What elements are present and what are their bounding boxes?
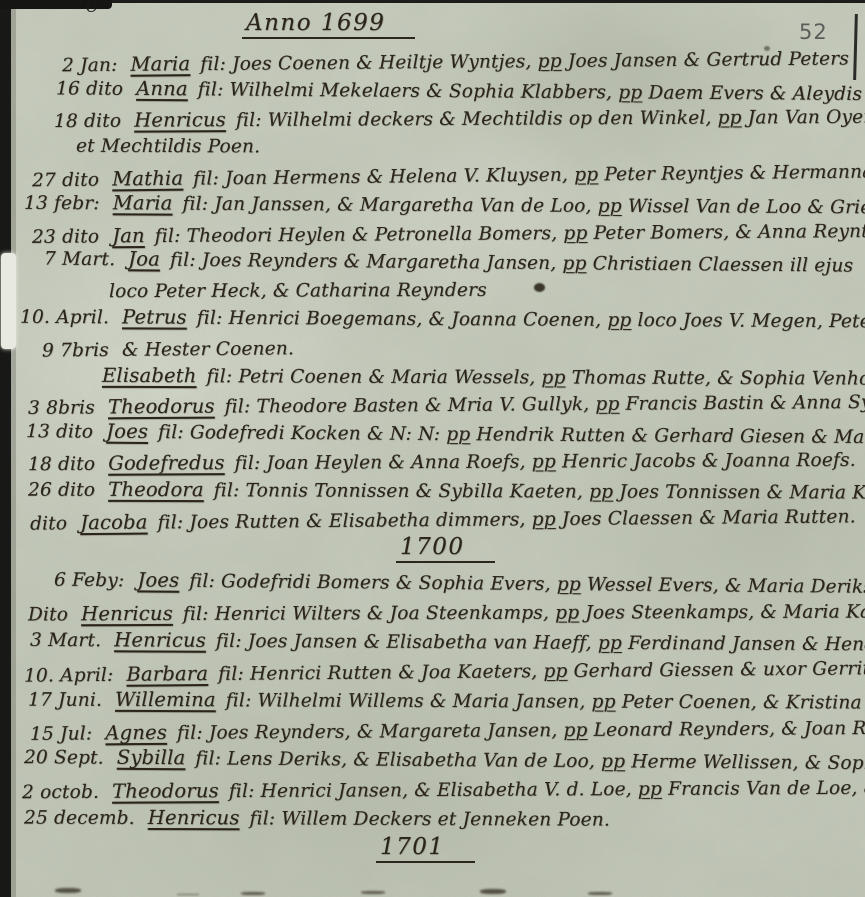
entry-date: 20 Sept. xyxy=(24,747,104,769)
godparents-mark: pp xyxy=(563,223,587,244)
entry-text: fil: Henrici Rutten & Joa Kaeters, pp Ge… xyxy=(218,657,865,684)
entry-name: Joes xyxy=(106,419,148,442)
godparents-mark: pp xyxy=(574,165,598,186)
godparents-mark: pp xyxy=(563,720,587,741)
entry-text: et Mechtildis Poen. xyxy=(76,136,260,158)
cut-off-line-fragments xyxy=(55,888,81,893)
entry-line: 26 ditoTheodorafil: Tonnis Tonnissen & S… xyxy=(14,475,865,507)
entry-text: fil: Petri Coenen & Maria Wessels, pp Th… xyxy=(207,366,865,389)
entry-line: loco Peter Heck, & Catharina Reynders xyxy=(14,275,865,307)
entry-text: fil: Lens Deriks, & Elisabetha Van de Lo… xyxy=(195,748,865,774)
section-heading-row: 1701 xyxy=(14,834,865,868)
godparents-mark: pp xyxy=(562,253,586,274)
entry-name: Theodora xyxy=(108,478,204,501)
entry-text: fil: Godefredi Kocken & N: N: pp Hendrik… xyxy=(158,422,865,449)
entry-name: Maria xyxy=(113,191,173,214)
entry-name: Elisabeth xyxy=(102,363,197,386)
section-heading: 1701 xyxy=(376,834,475,863)
godparents-mark: pp xyxy=(446,424,470,445)
entry-line: 18 ditoGodefredusfil: Joan Heylen & Anna… xyxy=(14,446,865,479)
scan-edge-left xyxy=(0,0,11,897)
entry-date: 26 dito xyxy=(28,479,95,500)
entry-name: Jacoba xyxy=(80,510,148,534)
entry-text: fil: Jan Janssen, & Margaretha Van de Lo… xyxy=(182,194,865,219)
entry-line: 6 Feby:Joesfil: Godefridi Bomers & Sophi… xyxy=(14,564,865,601)
entry-name: Henricus xyxy=(148,806,240,829)
entry-date: 17 Juni. xyxy=(28,690,102,711)
entry-name: Maria xyxy=(130,52,190,76)
manuscript-scan: C 52 Anno 16992 Jan:Mariafil: Joes Coene… xyxy=(0,0,865,897)
entry-date: 2 Jan: xyxy=(62,55,118,76)
entry-text: fil: Wilhelmi Mekelaers & Sophia Klabber… xyxy=(198,79,865,105)
godparents-mark: pp xyxy=(598,633,622,654)
entry-name: Joa xyxy=(128,247,160,270)
entry-name: Petrus xyxy=(122,306,187,329)
entry-name: Henricus xyxy=(114,628,206,651)
godparents-mark: pp xyxy=(607,310,631,331)
entry-name: Jan xyxy=(112,224,145,247)
entry-line: 20 Sept.Sybillafil: Lens Deriks, & Elisa… xyxy=(14,742,865,777)
entry-name: Sybilla xyxy=(117,746,186,769)
entry-text: fil: Joes Rutten & Elisabetha dimmers, p… xyxy=(157,506,855,533)
godparents-mark: pp xyxy=(538,51,562,72)
entry-text: fil: Wilhelmi deckers & Mechtildis op de… xyxy=(236,107,865,131)
entry-text: fil: Henrici Boegemans, & Joanna Coenen,… xyxy=(197,308,865,333)
entry-text: fil: Joes Jansen & Elisabetha van Haeff,… xyxy=(216,631,865,656)
entry-text: fil: Joan Hermens & Helena V. Kluysen, p… xyxy=(193,161,865,190)
godparents-mark: pp xyxy=(638,778,662,799)
godparents-mark: pp xyxy=(592,692,616,713)
section-heading: 1700 xyxy=(396,534,495,563)
entry-date: 10. April: xyxy=(24,664,114,686)
godparents-mark: pp xyxy=(601,751,625,772)
entry-date: dito xyxy=(30,513,67,534)
entry-line: 13 febr:Mariafil: Jan Janssen, & Margare… xyxy=(14,189,865,222)
entry-name: Theodorus xyxy=(108,395,215,419)
section-heading-row: Anno 1699 xyxy=(14,10,865,48)
entry-text: fil: Joes Coenen & Heiltje Wyntjes, pp J… xyxy=(200,48,849,75)
entry-name: Anna xyxy=(136,76,188,99)
godparents-mark: pp xyxy=(589,481,613,502)
section-heading: Anno 1699 xyxy=(242,10,415,39)
entry-date: 13 febr: xyxy=(24,193,100,214)
scan-edge-top xyxy=(0,0,865,3)
entry-date: 25 decemb. xyxy=(24,808,135,829)
entry-date: 9 7bris xyxy=(42,340,109,362)
godparents-mark: pp xyxy=(598,196,622,217)
entry-name: Barbara xyxy=(126,662,208,686)
entry-date: 13 dito xyxy=(26,421,93,442)
entry-date: 7 Mart. xyxy=(44,249,115,271)
entry-text: fil: Theodore Basten & Mria V. Gullyk, p… xyxy=(225,392,865,418)
entry-text: fil: Henrici Jansen, & Elisabetha V. d. … xyxy=(229,776,865,801)
godparents-mark: pp xyxy=(543,660,567,681)
entry-text: & Hester Coenen. xyxy=(122,338,294,361)
entry-name: Agnes xyxy=(105,720,167,743)
entry-line: ditoJacobafil: Joes Rutten & Elisabetha … xyxy=(14,502,865,538)
entry-date: 3 8bris xyxy=(28,398,95,419)
entry-name: Mathia xyxy=(112,167,183,191)
entry-name: Godefredus xyxy=(108,451,225,475)
entry-text: fil: Joan Heylen & Anna Roefs, pp Henric… xyxy=(235,450,856,474)
godparents-mark: pp xyxy=(532,452,556,473)
godparents-mark: pp xyxy=(618,82,642,103)
entry-date: 3 Mart. xyxy=(30,630,101,651)
section-entries: 2 Jan:Mariafil: Joes Coenen & Heiltje Wy… xyxy=(14,48,865,534)
entry-line: Elisabethfil: Petri Coenen & Maria Wesse… xyxy=(14,361,865,393)
entry-line: 18 ditoHenricusfil: Wilhelmi deckers & M… xyxy=(14,103,865,136)
entry-date: 2 octob. xyxy=(22,781,99,802)
entry-line: 2 octob.Theodorusfil: Henrici Jansen, & … xyxy=(14,772,865,806)
entry-text: fil: Godefridi Bomers & Sophia Evers, pp… xyxy=(189,571,865,598)
godparents-mark: pp xyxy=(595,394,619,415)
entry-text: fil: Joes Reynders, & Margareta Jansen, … xyxy=(177,717,865,743)
entry-name: Henricus xyxy=(81,602,173,625)
entry-text: fil: Wilhelmi Willems & Maria Jansen, pp… xyxy=(226,690,865,714)
register-entries: Anno 16992 Jan:Mariafil: Joes Coenen & H… xyxy=(14,10,865,868)
entry-line: 25 decemb.Henricusfil: Willem Deckers et… xyxy=(14,803,865,835)
entry-date: 18 dito xyxy=(54,111,121,132)
godparents-mark: pp xyxy=(541,367,565,388)
entry-date: 6 Feby: xyxy=(54,570,125,592)
entry-date: 18 dito xyxy=(28,454,95,475)
entry-line: 17 Juni.Willeminafil: Wilhelmi Willems &… xyxy=(14,685,865,717)
entry-date: Dito xyxy=(28,604,68,625)
entry-text: fil: Joes Reynders & Margaretha Jansen, … xyxy=(170,250,853,277)
entry-text: loco Peter Heck, & Catharina Reynders xyxy=(109,280,487,302)
entry-date: 16 dito xyxy=(56,78,123,99)
entry-line: 9 7bris& Hester Coenen. xyxy=(14,330,865,366)
entry-line: DitoHenricusfil: Henrici Wilters & Joa S… xyxy=(14,596,865,628)
section-heading-row: 1700 xyxy=(14,534,865,568)
entry-name: Willemina xyxy=(115,688,216,711)
entry-text: fil: Theodori Heylen & Petronella Bomers… xyxy=(155,220,865,246)
entry-text: fil: Tonnis Tonnissen & Sybilla Kaeten, … xyxy=(214,480,865,503)
section-entries: 6 Feby:Joesfil: Godefridi Bomers & Sophi… xyxy=(14,568,865,834)
entry-name: Henricus xyxy=(134,108,226,131)
entry-text: fil: Willem Deckers et Jenneken Poen. xyxy=(250,808,611,830)
godparents-mark: pp xyxy=(718,108,742,129)
entry-name: Joes xyxy=(137,568,179,591)
godparents-mark: pp xyxy=(557,574,581,595)
entry-name: Theodorus xyxy=(112,779,219,803)
entry-date: 10. April. xyxy=(20,307,109,328)
entry-text: fil: Henrici Wilters & Joa Steenkamps, p… xyxy=(183,601,865,625)
godparents-mark: pp xyxy=(532,508,556,529)
godparents-mark: pp xyxy=(555,602,579,623)
